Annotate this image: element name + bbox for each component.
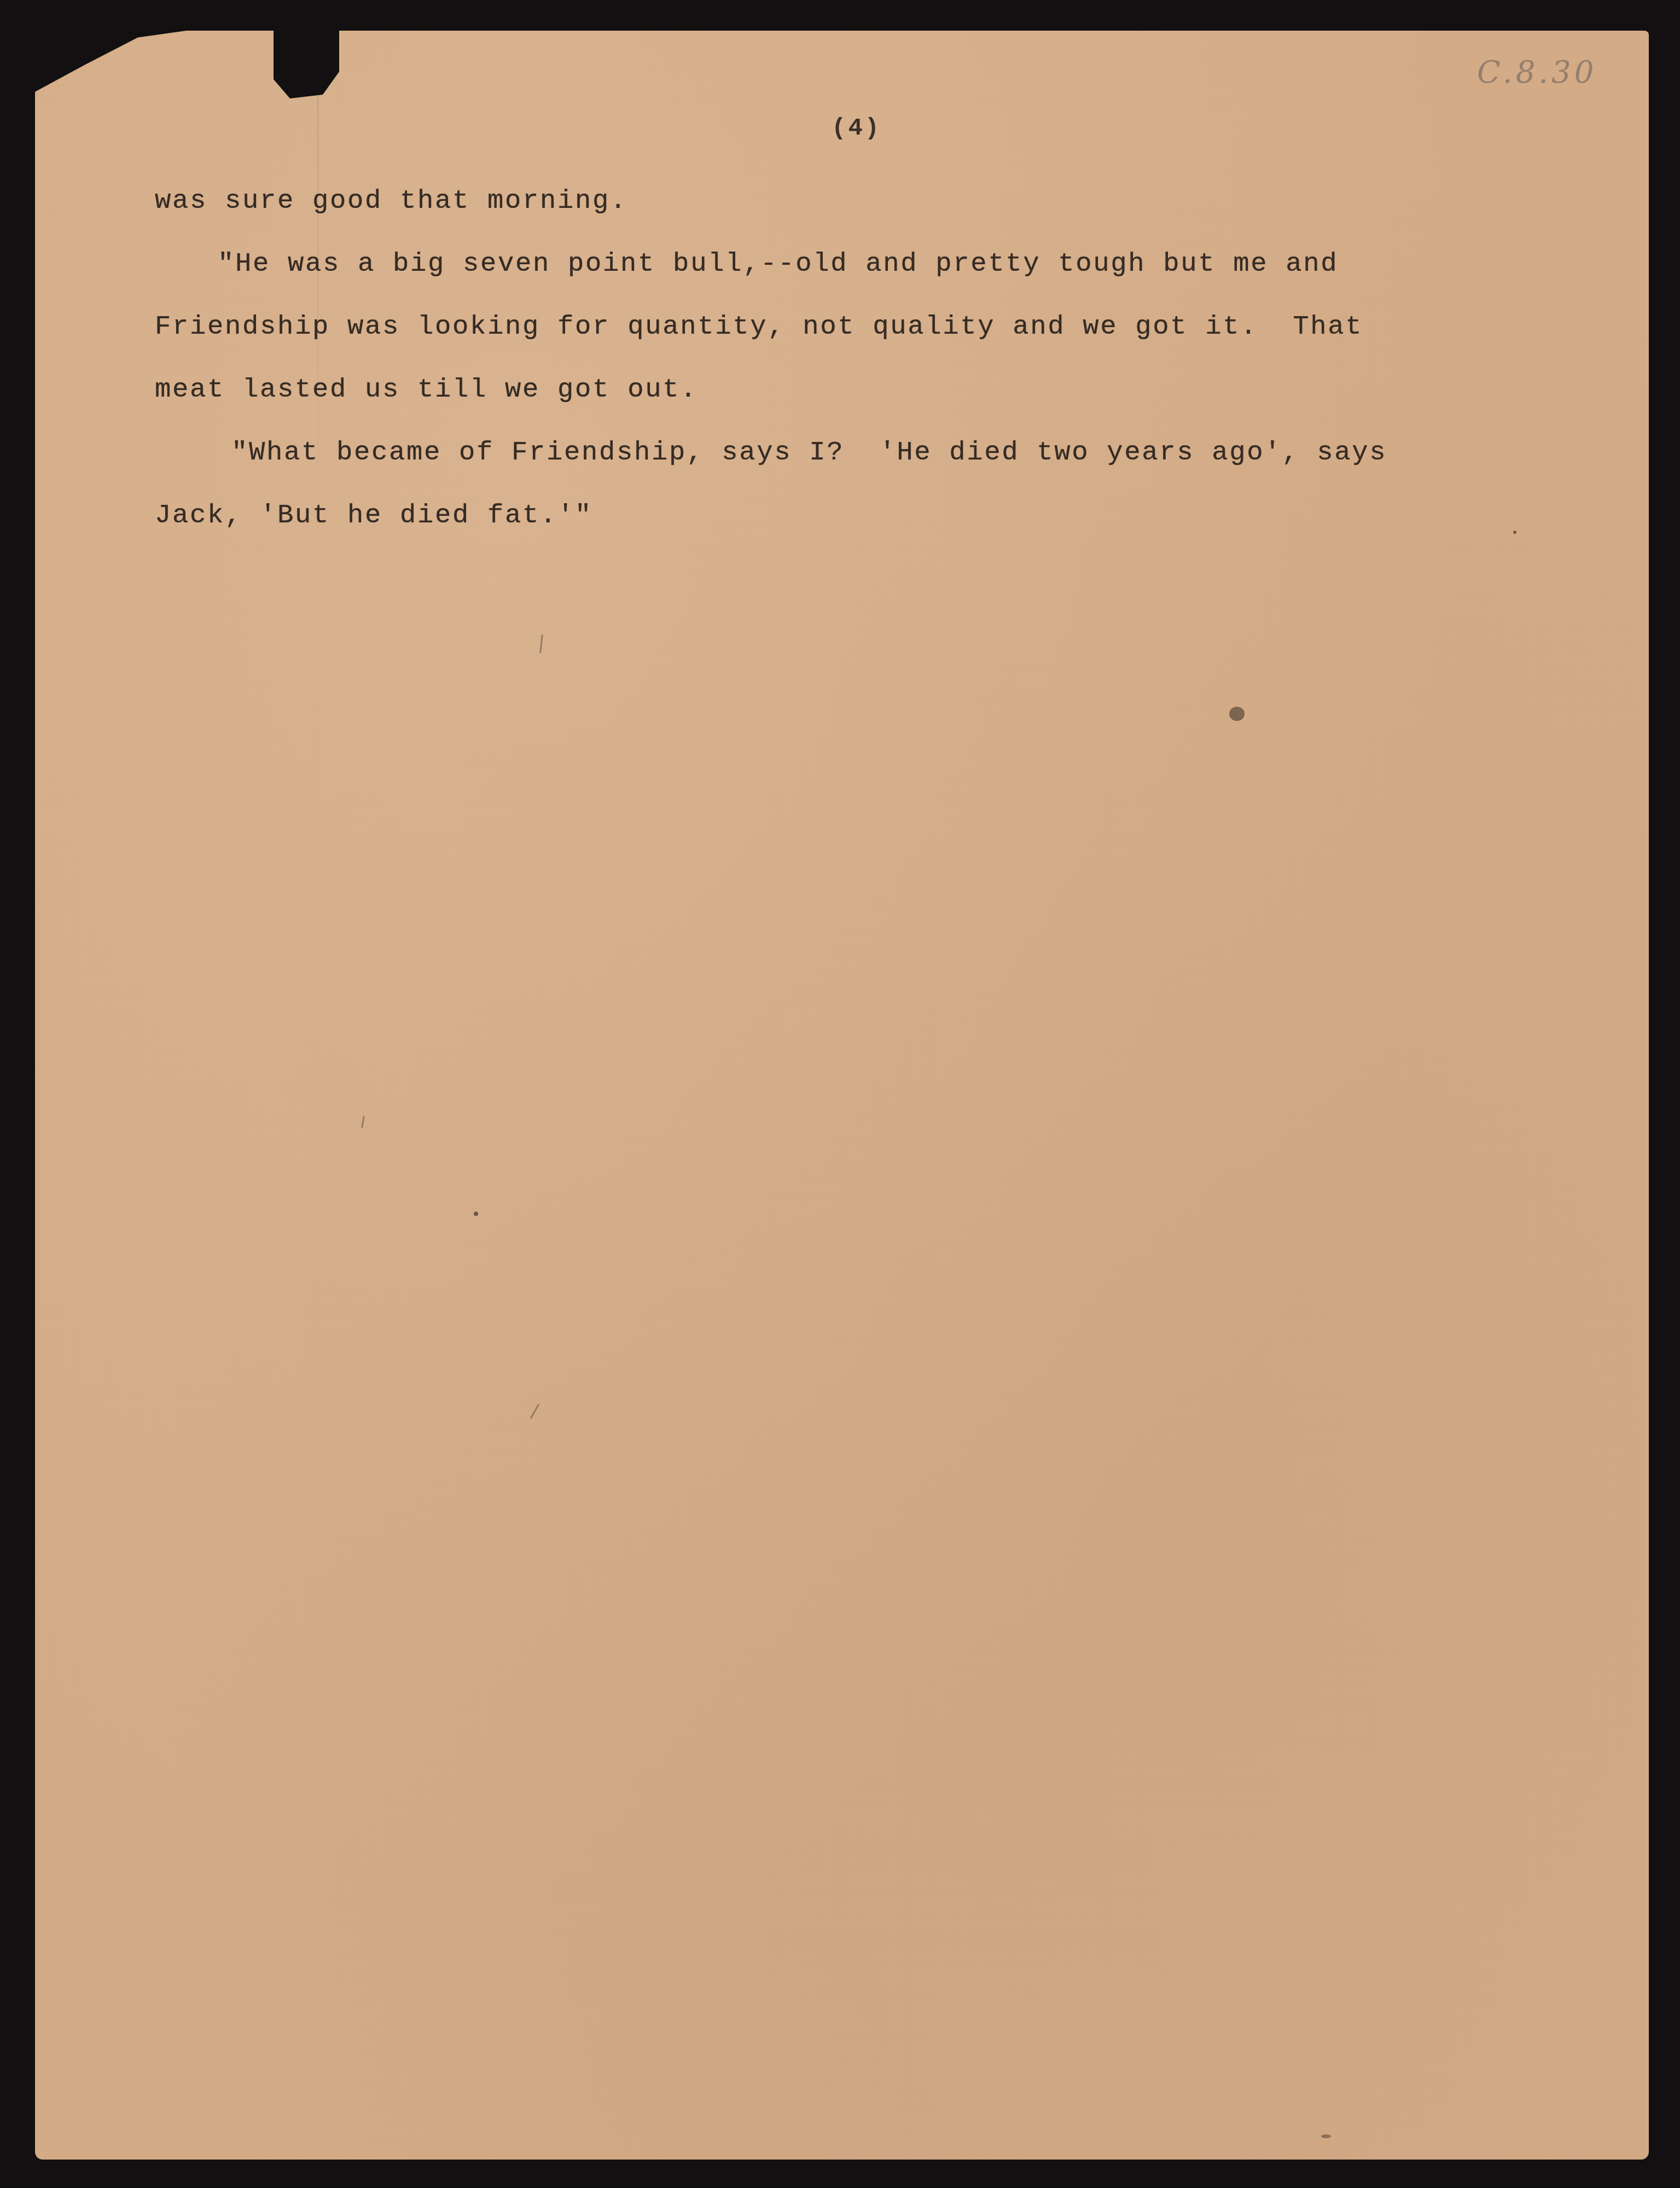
paper-speck <box>1513 531 1516 534</box>
text-line-6: Jack, 'But he died fat.'" <box>155 484 1555 547</box>
text-line-2: "He was a big seven point bull,--old and… <box>155 232 1555 295</box>
text-line-3: Friendship was looking for quantity, not… <box>155 295 1555 358</box>
text-line-1: was sure good that morning. <box>155 170 1555 232</box>
text-line-4: meat lasted us till we got out. <box>155 358 1555 421</box>
paper-stain-spot <box>1229 707 1245 721</box>
page-number: (4) <box>832 115 881 142</box>
text-line-5: "What became of Friendship, says I? 'He … <box>155 421 1555 484</box>
typed-body-text: was sure good that morning. "He was a bi… <box>155 170 1555 547</box>
handwritten-pencil-note: C.8.30 <box>1477 55 1597 90</box>
paper-speck <box>1321 2134 1331 2138</box>
paper-speck <box>474 1212 478 1216</box>
